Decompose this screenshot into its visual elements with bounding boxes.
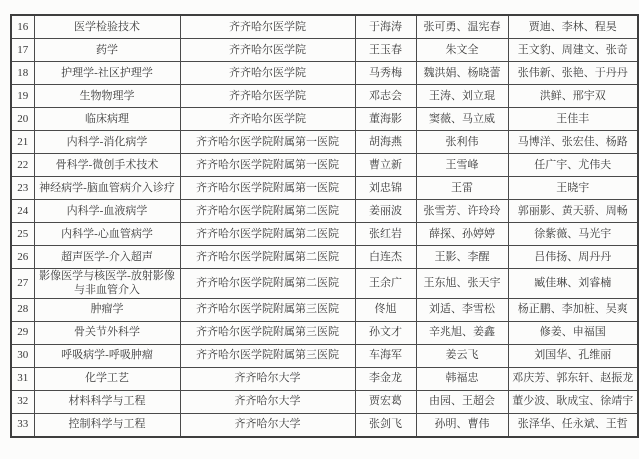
person-col3-cell: 郭丽影、黄天骄、周畅 <box>508 200 638 223</box>
table-row: 28 肿瘤学 齐齐哈尔医学院附属第三医院 佟旭 刘适、李雪松 杨正鹏、李加桩、吴… <box>11 298 638 321</box>
discipline-cell: 内科学-心血管病学 <box>34 223 180 246</box>
person-col1-cell: 车海军 <box>355 344 416 367</box>
person-col2-cell: 姜云飞 <box>416 344 508 367</box>
person-col3-cell: 吕伟扬、周丹丹 <box>508 246 638 269</box>
table-row: 31 化学工艺 齐齐哈尔大学 李金龙 韩福忠 邓庆芳、郭东轩、赵振龙 <box>11 367 638 390</box>
person-col3-cell: 董少波、耿成宝、徐靖宇 <box>508 390 638 413</box>
table-row: 19 生物物理学 齐齐哈尔医学院 邓志会 王涛、刘立琨 洪鲜、邢宇双 <box>11 85 638 108</box>
person-col2-cell: 王雷 <box>416 177 508 200</box>
person-col2-cell: 王东旭、张天宇 <box>416 269 508 299</box>
institution-cell: 齐齐哈尔医学院附属第二医院 <box>180 200 355 223</box>
discipline-cell: 内科学-消化病学 <box>34 131 180 154</box>
institution-cell: 齐齐哈尔医学院附属第三医院 <box>180 321 355 344</box>
document-page: 16 医学检验技术 齐齐哈尔医学院 于海涛 张可勇、温宪春 贾迪、李林、程昊 1… <box>0 0 639 459</box>
table-row: 29 骨关节外科学 齐齐哈尔医学院附属第三医院 孙文才 辛兆旭、姜鑫 修姜、申福… <box>11 321 638 344</box>
person-col2-cell: 王影、李醒 <box>416 246 508 269</box>
person-col1-cell: 董海影 <box>355 108 416 131</box>
institution-cell: 齐齐哈尔医学院附属第三医院 <box>180 344 355 367</box>
row-number-cell: 20 <box>11 108 34 131</box>
table-row: 24 内科学-血液病学 齐齐哈尔医学院附属第二医院 姜丽波 张雪芳、许玲玲 郭丽… <box>11 200 638 223</box>
row-number-cell: 33 <box>11 413 34 437</box>
institution-cell: 齐齐哈尔医学院附属第三医院 <box>180 298 355 321</box>
discipline-cell: 化学工艺 <box>34 367 180 390</box>
person-col2-cell: 魏洪娟、杨晓蕾 <box>416 62 508 85</box>
person-col3-cell: 张伟新、张艳、于丹丹 <box>508 62 638 85</box>
institution-cell: 齐齐哈尔医学院附属第二医院 <box>180 246 355 269</box>
discipline-cell: 控制科学与工程 <box>34 413 180 437</box>
discipline-cell: 神经病学-脑血管病介入诊疗 <box>34 177 180 200</box>
discipline-cell: 骨科学-微创手术技术 <box>34 154 180 177</box>
row-number-cell: 29 <box>11 321 34 344</box>
person-col3-cell: 洪鲜、邢宇双 <box>508 85 638 108</box>
person-col3-cell: 修姜、申福国 <box>508 321 638 344</box>
person-col1-cell: 于海涛 <box>355 15 416 39</box>
person-col1-cell: 刘忠锦 <box>355 177 416 200</box>
person-col1-cell: 李金龙 <box>355 367 416 390</box>
person-col1-cell: 邓志会 <box>355 85 416 108</box>
institution-cell: 齐齐哈尔医学院 <box>180 108 355 131</box>
person-col3-cell: 邓庆芳、郭东轩、赵振龙 <box>508 367 638 390</box>
row-number-cell: 32 <box>11 390 34 413</box>
discipline-cell: 生物物理学 <box>34 85 180 108</box>
institution-cell: 齐齐哈尔医学院附属第二医院 <box>180 269 355 299</box>
person-col3-cell: 张泽华、任永斌、王哲 <box>508 413 638 437</box>
table-row: 16 医学检验技术 齐齐哈尔医学院 于海涛 张可勇、温宪春 贾迪、李林、程昊 <box>11 15 638 39</box>
institution-cell: 齐齐哈尔医学院 <box>180 39 355 62</box>
person-col2-cell: 由园、王超会 <box>416 390 508 413</box>
discipline-cell: 呼吸病学-呼吸肿瘤 <box>34 344 180 367</box>
row-number-cell: 22 <box>11 154 34 177</box>
row-number-cell: 30 <box>11 344 34 367</box>
person-col3-cell: 杨正鹏、李加桩、吴爽 <box>508 298 638 321</box>
person-col2-cell: 孙明、曹伟 <box>416 413 508 437</box>
row-number-cell: 28 <box>11 298 34 321</box>
table-row: 22 骨科学-微创手术技术 齐齐哈尔医学院附属第一医院 曹立新 王雪峰 任广宇、… <box>11 154 638 177</box>
person-col3-cell: 刘国华、孔维丽 <box>508 344 638 367</box>
person-col2-cell: 王雪峰 <box>416 154 508 177</box>
row-number-cell: 25 <box>11 223 34 246</box>
person-col2-cell: 张利伟 <box>416 131 508 154</box>
row-number-cell: 16 <box>11 15 34 39</box>
table-body: 16 医学检验技术 齐齐哈尔医学院 于海涛 张可勇、温宪春 贾迪、李林、程昊 1… <box>11 15 638 437</box>
table-row: 33 控制科学与工程 齐齐哈尔大学 张剑飞 孙明、曹伟 张泽华、任永斌、王哲 <box>11 413 638 437</box>
person-col3-cell: 王佳丰 <box>508 108 638 131</box>
row-number-cell: 31 <box>11 367 34 390</box>
row-number-cell: 23 <box>11 177 34 200</box>
person-col2-cell: 张可勇、温宪春 <box>416 15 508 39</box>
institution-cell: 齐齐哈尔医学院 <box>180 85 355 108</box>
person-col3-cell: 徐紫薇、马光宇 <box>508 223 638 246</box>
row-number-cell: 17 <box>11 39 34 62</box>
row-number-cell: 24 <box>11 200 34 223</box>
table-row: 18 护理学-社区护理学 齐齐哈尔医学院 马秀梅 魏洪娟、杨晓蕾 张伟新、张艳、… <box>11 62 638 85</box>
discipline-cell: 超声医学-介入超声 <box>34 246 180 269</box>
institution-cell: 齐齐哈尔医学院附属第一医院 <box>180 131 355 154</box>
person-col1-cell: 马秀梅 <box>355 62 416 85</box>
person-col3-cell: 王文豹、周建文、张奇 <box>508 39 638 62</box>
discipline-cell: 影像医学与核医学-放射影像与非血管介入 <box>34 269 180 299</box>
person-col1-cell: 王余广 <box>355 269 416 299</box>
person-col1-cell: 贾宏葛 <box>355 390 416 413</box>
person-col1-cell: 姜丽波 <box>355 200 416 223</box>
person-col3-cell: 任广宇、尤伟夫 <box>508 154 638 177</box>
institution-cell: 齐齐哈尔医学院附属第二医院 <box>180 223 355 246</box>
table-row: 17 药学 齐齐哈尔医学院 王玉春 朱文全 王文豹、周建文、张奇 <box>11 39 638 62</box>
person-col1-cell: 孙文才 <box>355 321 416 344</box>
person-col3-cell: 贾迪、李林、程昊 <box>508 15 638 39</box>
person-col2-cell: 王涛、刘立琨 <box>416 85 508 108</box>
institution-cell: 齐齐哈尔大学 <box>180 413 355 437</box>
institution-cell: 齐齐哈尔医学院附属第一医院 <box>180 154 355 177</box>
table-row: 23 神经病学-脑血管病介入诊疗 齐齐哈尔医学院附属第一医院 刘忠锦 王雷 王晓… <box>11 177 638 200</box>
person-col2-cell: 薛探、孙婷婷 <box>416 223 508 246</box>
discipline-cell: 材料科学与工程 <box>34 390 180 413</box>
person-col1-cell: 白连杰 <box>355 246 416 269</box>
discipline-cell: 药学 <box>34 39 180 62</box>
person-col3-cell: 王晓宇 <box>508 177 638 200</box>
table-row: 27 影像医学与核医学-放射影像与非血管介入 齐齐哈尔医学院附属第二医院 王余广… <box>11 269 638 299</box>
person-col1-cell: 胡海燕 <box>355 131 416 154</box>
table-row: 30 呼吸病学-呼吸肿瘤 齐齐哈尔医学院附属第三医院 车海军 姜云飞 刘国华、孔… <box>11 344 638 367</box>
person-col3-cell: 马博洋、张宏佳、杨路 <box>508 131 638 154</box>
person-col1-cell: 王玉春 <box>355 39 416 62</box>
person-col2-cell: 张雪芳、许玲玲 <box>416 200 508 223</box>
discipline-cell: 临床病理 <box>34 108 180 131</box>
person-col2-cell: 窦薇、马立威 <box>416 108 508 131</box>
person-col2-cell: 韩福忠 <box>416 367 508 390</box>
person-col2-cell: 朱文全 <box>416 39 508 62</box>
person-col1-cell: 张剑飞 <box>355 413 416 437</box>
row-number-cell: 21 <box>11 131 34 154</box>
person-col3-cell: 臧佳琳、刘睿楠 <box>508 269 638 299</box>
person-col1-cell: 曹立新 <box>355 154 416 177</box>
discipline-cell: 内科学-血液病学 <box>34 200 180 223</box>
discipline-cell: 护理学-社区护理学 <box>34 62 180 85</box>
person-col1-cell: 佟旭 <box>355 298 416 321</box>
table-row: 32 材料科学与工程 齐齐哈尔大学 贾宏葛 由园、王超会 董少波、耿成宝、徐靖宇 <box>11 390 638 413</box>
person-col2-cell: 刘适、李雪松 <box>416 298 508 321</box>
institution-cell: 齐齐哈尔医学院 <box>180 62 355 85</box>
institution-cell: 齐齐哈尔医学院附属第一医院 <box>180 177 355 200</box>
row-number-cell: 26 <box>11 246 34 269</box>
institution-cell: 齐齐哈尔大学 <box>180 390 355 413</box>
table-row: 20 临床病理 齐齐哈尔医学院 董海影 窦薇、马立威 王佳丰 <box>11 108 638 131</box>
row-number-cell: 19 <box>11 85 34 108</box>
person-col2-cell: 辛兆旭、姜鑫 <box>416 321 508 344</box>
row-number-cell: 18 <box>11 62 34 85</box>
row-number-cell: 27 <box>11 269 34 299</box>
institution-cell: 齐齐哈尔大学 <box>180 367 355 390</box>
table-row: 21 内科学-消化病学 齐齐哈尔医学院附属第一医院 胡海燕 张利伟 马博洋、张宏… <box>11 131 638 154</box>
table-row: 26 超声医学-介入超声 齐齐哈尔医学院附属第二医院 白连杰 王影、李醒 吕伟扬… <box>11 246 638 269</box>
person-col1-cell: 张红岩 <box>355 223 416 246</box>
discipline-cell: 肿瘤学 <box>34 298 180 321</box>
table-row: 25 内科学-心血管病学 齐齐哈尔医学院附属第二医院 张红岩 薛探、孙婷婷 徐紫… <box>11 223 638 246</box>
discipline-cell: 医学检验技术 <box>34 15 180 39</box>
discipline-table: 16 医学检验技术 齐齐哈尔医学院 于海涛 张可勇、温宪春 贾迪、李林、程昊 1… <box>10 14 639 438</box>
discipline-cell: 骨关节外科学 <box>34 321 180 344</box>
institution-cell: 齐齐哈尔医学院 <box>180 15 355 39</box>
